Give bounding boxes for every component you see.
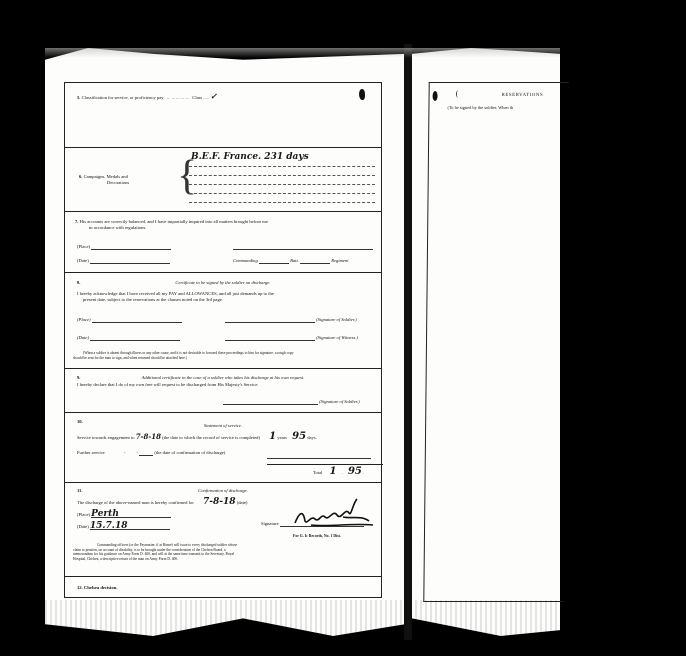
acknowledge-text-2: present date, subject to the reservation… xyxy=(83,297,223,303)
soldier-signature-label: (Signature of Soldier.) xyxy=(316,317,357,322)
class-label: Class ..... xyxy=(192,95,209,100)
reservations-heading: RESERVATIONS xyxy=(502,93,544,98)
section-number: 6. xyxy=(79,174,82,179)
ink-mark xyxy=(433,91,438,101)
chelsea-decision-label: Chelsea decision. xyxy=(84,585,117,590)
service-label: Service towards engagement to xyxy=(77,435,135,440)
regiment-label: Regiment xyxy=(331,258,348,263)
further-service-note: (the date of confirmation of discharge) xyxy=(154,450,225,455)
date-label: (Date) xyxy=(77,335,89,340)
place-field xyxy=(92,322,182,323)
campaigns-label-1: Campaigns, Medals and xyxy=(84,174,128,179)
total-years: 1 xyxy=(330,466,337,477)
accounts-text-2: in accordance with regulations. xyxy=(89,225,146,231)
section-8-soldier-certificate: 8. Certificate to be signed by the soldi… xyxy=(65,273,381,369)
place-value: Perth xyxy=(91,511,171,518)
years-label: years xyxy=(277,435,287,440)
section-10-statement-of-service: 10. Statement of service. Service toward… xyxy=(65,413,381,483)
section-11-title: Confirmation of discharge. xyxy=(65,488,381,494)
section-number: 7. xyxy=(75,219,78,224)
class-value: ✓ xyxy=(210,91,217,101)
section-8-title: Certificate to be signed by the soldier … xyxy=(65,280,381,286)
date-label: (Date) xyxy=(77,258,89,263)
confirmation-text: The discharge of the above-named man is … xyxy=(77,500,194,505)
soldier-signature-label: (Signature of Soldier.) xyxy=(319,399,360,404)
place-label: (Place) xyxy=(77,244,90,249)
section-6-campaigns: 6. Campaigns, Medals and Decorations { B… xyxy=(65,148,381,212)
date-suffix: (date) xyxy=(237,500,248,505)
signature-label: Signature xyxy=(261,521,279,526)
batt-label: Batt. xyxy=(290,258,299,263)
total-divider xyxy=(267,464,383,465)
section-5-classification: 5. Classification for service, or profic… xyxy=(65,83,381,148)
page-edge-wear-bottom xyxy=(45,600,560,636)
own-request-text: I hereby declare that I do of my own fre… xyxy=(77,382,259,388)
officer-signature-line xyxy=(233,249,373,250)
discharge-form: 5. Classification for service, or profic… xyxy=(64,82,382,598)
rank-line: For G. Ic Records, No. 1 Dist. xyxy=(293,533,341,539)
place-label: (Place) xyxy=(77,317,91,322)
section-7-accounts: 7. His accounts are correctly balanced, … xyxy=(65,212,381,273)
service-label-post: (the date to which the record of service… xyxy=(162,435,260,440)
section-number: 12. xyxy=(77,585,83,590)
section-12-chelsea-decision: 12. Chelsea decision. xyxy=(65,577,381,599)
years-value: 1 xyxy=(269,431,276,442)
further-service-field xyxy=(267,458,371,459)
section-11-confirmation: 11. Confirmation of discharge. The disch… xyxy=(65,483,381,577)
date-field xyxy=(90,340,180,341)
place-field xyxy=(91,249,171,250)
ink-blot xyxy=(359,89,365,100)
absent-note-2: should be sent for the man to sign, and … xyxy=(73,356,377,361)
reservations-form: ( RESERVATIONS (To be signed by the sold… xyxy=(423,82,568,602)
witness-signature-line xyxy=(225,340,315,341)
place-label: (Place) xyxy=(77,512,90,517)
confirmed-date: 7-8-18 xyxy=(203,497,236,507)
witness-signature-label: (Signature of Witness.) xyxy=(316,335,358,340)
soldier-signature-line xyxy=(223,404,318,405)
campaign-entry: B.E.F. France. 231 days xyxy=(191,154,309,160)
book-spine xyxy=(404,44,412,640)
total-label: Total xyxy=(313,470,322,475)
campaigns-label-2: Decorations xyxy=(107,180,129,186)
days-label: days. xyxy=(307,435,317,440)
accounts-text-1: His accounts are correctly balanced, and… xyxy=(80,219,268,224)
date-label: (Date) xyxy=(77,524,89,529)
handwritten-signature xyxy=(291,495,375,529)
classification-label: Classification for service, or proficien… xyxy=(82,95,164,100)
pen-mark: ( xyxy=(456,89,459,98)
service-date: 7-8-18 xyxy=(136,432,161,441)
section-number: 5. xyxy=(77,95,80,100)
section-10-title: Statement of service. xyxy=(65,423,381,429)
further-service-label: Further service xyxy=(77,450,105,455)
chelsea-note-4: Hospital, Chelsea, a descriptive return … xyxy=(73,557,375,562)
date-value: 15.7.18 xyxy=(90,523,170,530)
section-9-own-request: 9. Additional certificate in the case of… xyxy=(65,369,381,413)
section-9-title: Additional certificate in the case of a … xyxy=(65,375,381,381)
reservations-subheading: (To be signed by the soldier. When th xyxy=(447,105,513,110)
soldier-signature-line xyxy=(225,322,315,323)
leader-dots: ... ... ... ... ... xyxy=(167,95,189,100)
total-days: 95 xyxy=(348,466,362,477)
page-edge-wear-top xyxy=(45,48,560,58)
date-field xyxy=(90,263,170,264)
days-value: 95 xyxy=(292,431,306,442)
commanding-label: Commanding xyxy=(233,258,258,263)
